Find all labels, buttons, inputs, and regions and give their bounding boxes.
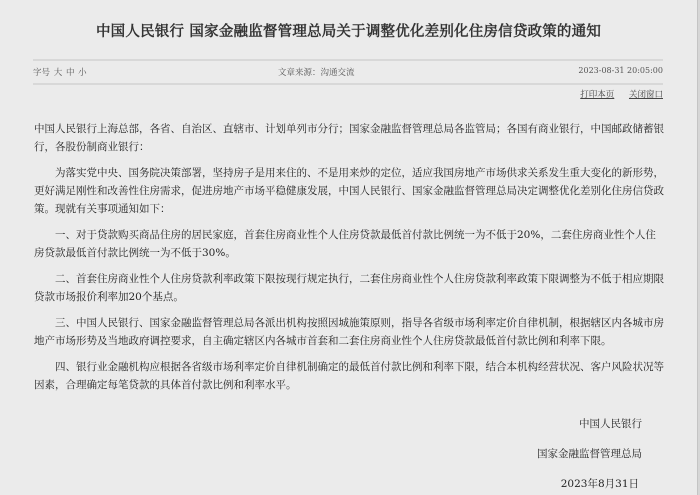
article-meta-bar: 字号 大 中 小 文章来源：沟通交流 2023-08-31 20:05:00 [33, 59, 663, 85]
font-size-label: 字号 [33, 68, 50, 78]
item-2-paragraph: 二、首套住房商业性个人住房贷款利率政策下限按现行规定执行，二套住房商业性个人住房… [34, 270, 664, 306]
publish-timestamp: 2023-08-31 20:05:00 [578, 66, 663, 75]
source-label: 文章来源： [278, 68, 321, 78]
page-actions: 打印本页 关闭窗口 [568, 88, 663, 100]
item-4-paragraph: 四、银行业金融机构应根据各省级市场利率定价自律机制确定的最低首付款比例和利率下限… [34, 358, 664, 394]
source-value: 沟通交流 [321, 68, 355, 78]
page-title: 中国人民银行 国家金融监督管理总局关于调整优化差别化住房信贷政策的通知 [0, 20, 697, 41]
signature-issuer-nfra: 国家金融监督管理总局 [537, 446, 642, 461]
article-source: 文章来源：沟通交流 [278, 66, 355, 78]
signature-date: 2023年8月31日 [561, 476, 639, 491]
item-1-paragraph: 一、对于贷款购买商品住房的居民家庭，首套住房商业性个人住房贷款最低首付款比例统一… [34, 226, 664, 262]
font-size-large-button[interactable]: 大 [54, 68, 63, 78]
signature-issuer-pboc: 中国人民银行 [579, 416, 642, 431]
font-size-switcher: 字号 大 中 小 [33, 66, 88, 78]
intro-paragraph: 为落实党中央、国务院决策部署，坚持房子是用来住的、不是用来炒的定位，适应我国房地… [34, 164, 664, 218]
article-page: 中国人民银行 国家金融监督管理总局关于调整优化差别化住房信贷政策的通知 字号 大… [0, 0, 697, 495]
print-page-link[interactable]: 打印本页 [580, 90, 614, 100]
item-3-paragraph: 三、中国人民银行、国家金融监督管理总局各派出机构按照因城施策原则，指导各省级市场… [34, 314, 664, 350]
close-window-link[interactable]: 关闭窗口 [629, 90, 663, 100]
article-body: 中国人民银行上海总部，各省、自治区、直辖市、计划单列市分行；国家金融监督管理总局… [34, 120, 664, 402]
addressee-paragraph: 中国人民银行上海总部，各省、自治区、直辖市、计划单列市分行；国家金融监督管理总局… [34, 120, 664, 156]
font-size-small-button[interactable]: 小 [78, 68, 87, 78]
font-size-medium-button[interactable]: 中 [66, 68, 75, 78]
